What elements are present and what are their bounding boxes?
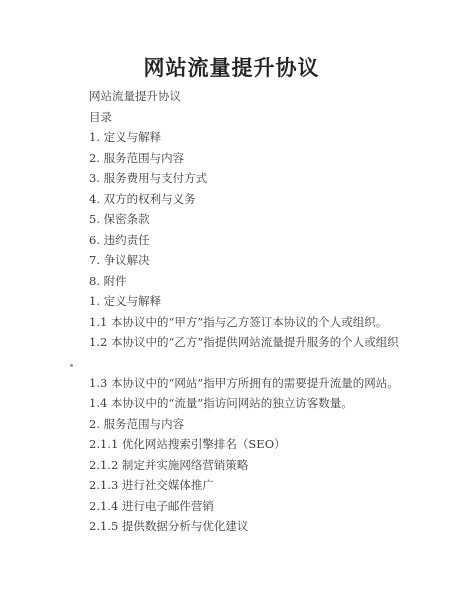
clause-line: 1.2 本协议中的“乙方”指提供网站流量提升服务的个人或组织	[89, 332, 429, 353]
section-heading: 1. 定义与解释	[89, 291, 429, 312]
clause-line: 2.1.5 提供数据分析与优化建议	[89, 516, 429, 537]
stray-period-mark	[70, 364, 73, 367]
document-title: 网站流量提升协议	[0, 52, 463, 82]
toc-item: 7. 争议解决	[89, 250, 429, 271]
clause-line: 2.1.1 优化网站搜索引擎排名（SEO）	[89, 434, 429, 455]
document-page: 网站流量提升协议 网站流量提升协议 目录 1. 定义与解释 2. 服务范围与内容…	[0, 0, 463, 600]
toc-item: 1. 定义与解释	[89, 127, 429, 148]
blank-line	[89, 353, 429, 373]
toc-item: 6. 违约责任	[89, 230, 429, 251]
toc-item: 4. 双方的权利与义务	[89, 189, 429, 210]
subtitle-line: 网站流量提升协议	[89, 86, 429, 107]
toc-item: 2. 服务范围与内容	[89, 148, 429, 169]
clause-line: 2.1.3 进行社交媒体推广	[89, 475, 429, 496]
toc-item: 5. 保密条款	[89, 209, 429, 230]
document-body: 网站流量提升协议 目录 1. 定义与解释 2. 服务范围与内容 3. 服务费用与…	[89, 86, 429, 537]
section-heading: 2. 服务范围与内容	[89, 414, 429, 435]
toc-item: 3. 服务费用与支付方式	[89, 168, 429, 189]
clause-line: 1.4 本协议中的“流量”指访问网站的独立访客数量。	[89, 393, 429, 414]
toc-heading: 目录	[89, 107, 429, 128]
clause-line: 2.1.4 进行电子邮件营销	[89, 496, 429, 517]
toc-item: 8. 附件	[89, 271, 429, 292]
clause-line: 1.1 本协议中的“甲方”指与乙方签订本协议的个人或组织。	[89, 312, 429, 333]
clause-line: 2.1.2 制定并实施网络营销策略	[89, 455, 429, 476]
clause-line: 1.3 本协议中的“网站”指甲方所拥有的需要提升流量的网站。	[89, 373, 429, 394]
